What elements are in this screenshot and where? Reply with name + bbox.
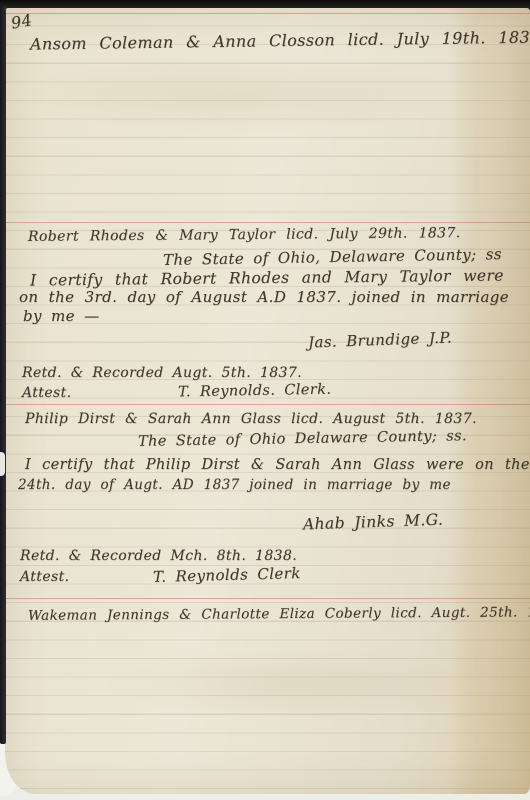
- entry3-license-line: Philip Dirst & Sarah Ann Glass licd. Aug…: [25, 411, 477, 427]
- entry3-certify-line-2: 24th. day of Augt. AD 1837 joined in mar…: [18, 477, 451, 493]
- entry3-attest-label: Attest.: [20, 569, 69, 585]
- entry3-certify-line-1: I certify that Philip Dirst & Sarah Ann …: [25, 457, 530, 473]
- separator-rule: [6, 598, 530, 599]
- entry3-returned-recorded-line: Retd. & Recorded Mch. 8th. 1838.: [20, 548, 297, 564]
- entry2-returned-recorded-line: Retd. & Recorded Augt. 5th. 1837.: [22, 365, 302, 381]
- entry3-clerk-signature: T. Reynolds Clerk: [153, 564, 301, 586]
- separator-rule: [6, 222, 530, 223]
- ledger-page: [5, 8, 530, 794]
- binding-edge: [0, 6, 6, 744]
- binding-edge-notch: [0, 452, 5, 476]
- entry2-attest-label: Attest.: [22, 385, 71, 401]
- entry2-certify-line-3: by me —: [23, 307, 100, 325]
- photo-top-edge: [0, 0, 530, 8]
- separator-rule: [6, 404, 530, 405]
- separator-rule: [6, 13, 530, 14]
- scanned-ledger-photo: 94 Ansom Coleman & Anna Closson licd. Ju…: [0, 0, 530, 800]
- entry2-clerk-signature: T. Reynolds. Clerk.: [178, 382, 332, 401]
- entry2-certify-line-2: on the 3rd. day of August A.D 1837. join…: [19, 288, 509, 306]
- page-number: 94: [10, 10, 34, 32]
